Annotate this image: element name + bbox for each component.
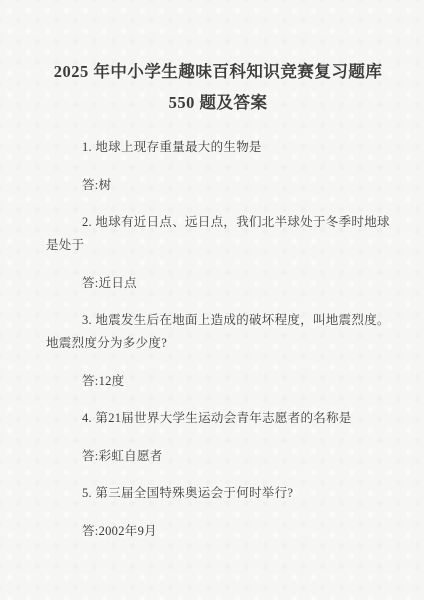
- answer-text-5: 答:2002年9月: [46, 520, 390, 543]
- qa-item-4: 4. 第21届世界大学生运动会青年志愿者的名称是 答:彩虹自愿者: [46, 407, 390, 468]
- question-text-4: 4. 第21届世界大学生运动会青年志愿者的名称是: [46, 407, 390, 430]
- answer-text-3: 答:12度: [46, 370, 390, 393]
- qa-item-3: 3. 地震发生后在地面上造成的破坏程度，叫地震烈度。地震烈度分为多少度? 答:1…: [46, 309, 390, 393]
- document-page: 2025 年中小学生趣味百科知识竞赛复习题库 550 题及答案 1. 地球上现存…: [0, 0, 424, 600]
- question-text-5: 5. 第三届全国特殊奥运会于何时举行?: [46, 482, 390, 505]
- title-line-2: 550 题及答案: [34, 87, 402, 118]
- qa-item-1: 1. 地球上现存重量最大的生物是 答:树: [46, 136, 390, 197]
- answer-text-4: 答:彩虹自愿者: [46, 445, 390, 468]
- answer-text-1: 答:树: [46, 174, 390, 197]
- question-text-1: 1. 地球上现存重量最大的生物是: [46, 136, 390, 159]
- qa-item-2: 2. 地球有近日点、远日点，我们北半球处于冬季时地球是处于 答:近日点: [46, 211, 390, 295]
- document-title: 2025 年中小学生趣味百科知识竞赛复习题库 550 题及答案: [34, 56, 402, 118]
- question-text-3: 3. 地震发生后在地面上造成的破坏程度，叫地震烈度。地震烈度分为多少度?: [46, 309, 390, 355]
- question-text-2: 2. 地球有近日点、远日点，我们北半球处于冬季时地球是处于: [46, 211, 390, 257]
- qa-list: 1. 地球上现存重量最大的生物是 答:树 2. 地球有近日点、远日点，我们北半球…: [46, 136, 390, 543]
- title-line-1: 2025 年中小学生趣味百科知识竞赛复习题库: [34, 56, 402, 87]
- qa-item-5: 5. 第三届全国特殊奥运会于何时举行? 答:2002年9月: [46, 482, 390, 543]
- answer-text-2: 答:近日点: [46, 272, 390, 295]
